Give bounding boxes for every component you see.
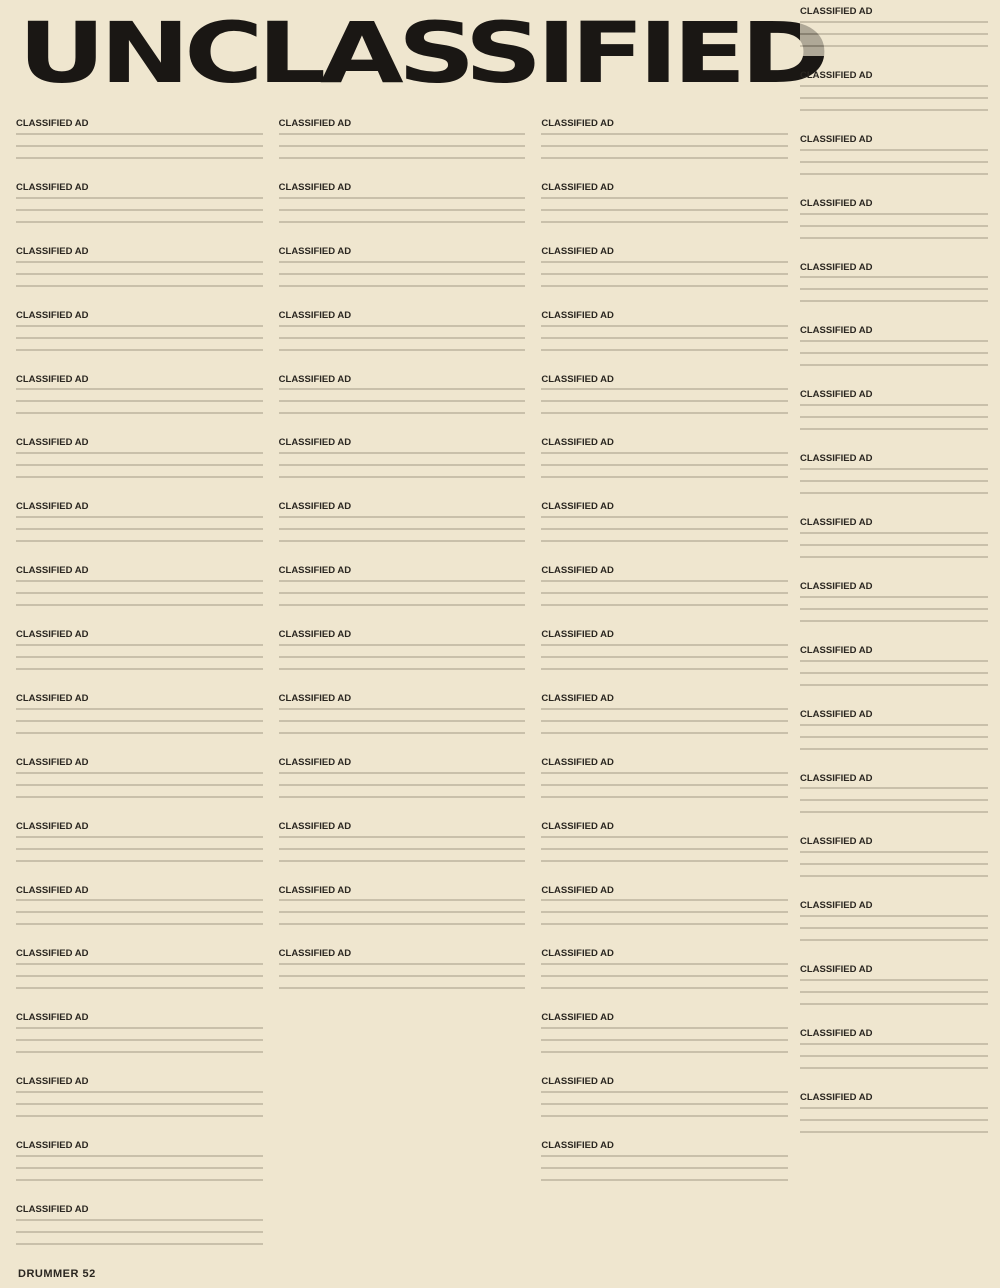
ad-body-placeholder <box>16 1088 263 1126</box>
ad-heading: Classified ad <box>800 964 872 975</box>
ad-body-placeholder <box>541 1024 788 1062</box>
ad-body-placeholder <box>541 833 788 871</box>
classified-ad: Classified ad <box>16 501 263 551</box>
ad-heading: Classified ad <box>279 821 351 832</box>
ad-body-placeholder <box>279 705 526 743</box>
ad-heading: Classified ad <box>800 773 872 784</box>
classified-ad: Classified ad <box>16 1076 263 1126</box>
ad-body-placeholder <box>16 896 263 934</box>
classified-ad: Classified ad <box>541 885 788 935</box>
ad-body-placeholder <box>800 1040 988 1078</box>
ad-body-placeholder <box>541 513 788 551</box>
classified-ad: Classified ad <box>16 821 263 871</box>
ad-heading: Classified ad <box>800 198 872 209</box>
classified-ad: Classified ad <box>800 6 988 56</box>
ad-body-placeholder <box>16 641 263 679</box>
ad-heading: Classified ad <box>800 389 872 400</box>
ad-heading: Classified ad <box>541 1076 613 1087</box>
ad-heading: Classified ad <box>800 262 872 273</box>
ad-heading: Classified ad <box>16 437 88 448</box>
ad-column-3: Classified adClassified adClassified adC… <box>541 118 788 1268</box>
classified-ad: Classified ad <box>16 310 263 360</box>
ad-body-placeholder <box>800 912 988 950</box>
classified-ad: Classified ad <box>279 118 526 168</box>
ad-body-placeholder <box>16 385 263 423</box>
ad-body-placeholder <box>279 769 526 807</box>
classified-ad: Classified ad <box>279 182 526 232</box>
page-footer: DRUMMER 52 <box>18 1268 96 1280</box>
ad-heading: Classified ad <box>279 310 351 321</box>
ad-body-placeholder <box>541 705 788 743</box>
ad-heading: Classified ad <box>279 182 351 193</box>
ad-heading: Classified ad <box>800 517 872 528</box>
classified-ad: Classified ad <box>800 453 988 503</box>
ad-body-placeholder <box>541 449 788 487</box>
classified-ad: Classified ad <box>16 948 263 998</box>
ad-body-placeholder <box>279 577 526 615</box>
ad-heading: Classified ad <box>800 1092 872 1103</box>
ad-body-placeholder <box>800 657 988 695</box>
ad-heading: Classified ad <box>800 709 872 720</box>
classified-ad: Classified ad <box>800 709 988 759</box>
classified-ad: Classified ad <box>16 1012 263 1062</box>
ad-body-placeholder <box>279 322 526 360</box>
classified-ad: Classified ad <box>541 1012 788 1062</box>
ad-body-placeholder <box>800 82 988 120</box>
ad-body-placeholder <box>541 577 788 615</box>
ad-column-4: Classified adClassified adClassified adC… <box>800 6 988 1268</box>
ad-heading: Classified ad <box>541 821 613 832</box>
ad-body-placeholder <box>800 18 988 56</box>
classified-ad: Classified ad <box>800 645 988 695</box>
ad-heading: Classified ad <box>279 118 351 129</box>
classified-ad: Classified ad <box>279 629 526 679</box>
ad-heading: Classified ad <box>16 821 88 832</box>
ad-body-placeholder <box>541 769 788 807</box>
ad-body-placeholder <box>800 593 988 631</box>
ad-heading: Classified ad <box>16 885 88 896</box>
classified-ad: Classified ad <box>800 262 988 312</box>
ad-body-placeholder <box>16 833 263 871</box>
ad-heading: Classified ad <box>279 565 351 576</box>
ad-heading: Classified ad <box>541 182 613 193</box>
ad-body-placeholder <box>541 1152 788 1190</box>
classified-ad: Classified ad <box>16 629 263 679</box>
ad-heading: Classified ad <box>541 246 613 257</box>
ad-body-placeholder <box>279 130 526 168</box>
ad-column-1: Classified adClassified adClassified adC… <box>16 118 263 1268</box>
ad-heading: Classified ad <box>541 310 613 321</box>
classified-ad: Classified ad <box>16 1204 263 1254</box>
ad-heading: Classified ad <box>16 1076 88 1087</box>
ad-body-placeholder <box>16 513 263 551</box>
page-number: 52 <box>83 1268 96 1280</box>
ad-body-placeholder <box>16 258 263 296</box>
ad-body-placeholder <box>279 960 526 998</box>
ad-body-placeholder <box>800 273 988 311</box>
ad-heading: Classified ad <box>800 836 872 847</box>
classified-ad: Classified ad <box>16 885 263 935</box>
ad-heading: Classified ad <box>800 645 872 656</box>
ad-body-placeholder <box>16 1216 263 1254</box>
classified-ad: Classified ad <box>541 310 788 360</box>
classified-ad: Classified ad <box>541 1076 788 1126</box>
ad-body-placeholder <box>800 465 988 503</box>
classified-ad: Classified ad <box>541 821 788 871</box>
classified-ad: Classified ad <box>541 693 788 743</box>
ad-heading: Classified ad <box>541 1140 613 1151</box>
ad-body-placeholder <box>279 513 526 551</box>
ad-body-placeholder <box>16 1152 263 1190</box>
ad-heading: Classified ad <box>541 437 613 448</box>
ad-heading: Classified ad <box>279 629 351 640</box>
ad-heading: Classified ad <box>800 134 872 145</box>
ad-heading: Classified ad <box>279 885 351 896</box>
page-title: UNCLASSIFIED <box>18 12 824 96</box>
classified-ad: Classified ad <box>800 836 988 886</box>
ad-body-placeholder <box>279 194 526 232</box>
ad-heading: Classified ad <box>16 757 88 768</box>
classified-ad: Classified ad <box>541 501 788 551</box>
ad-body-placeholder <box>541 322 788 360</box>
ad-body-placeholder <box>541 1088 788 1126</box>
classified-ad: Classified ad <box>16 182 263 232</box>
ad-body-placeholder <box>279 449 526 487</box>
classified-ad: Classified ad <box>800 517 988 567</box>
classified-ad: Classified ad <box>800 1028 988 1078</box>
ad-body-placeholder <box>800 529 988 567</box>
classified-ad: Classified ad <box>541 948 788 998</box>
ad-body-placeholder <box>279 258 526 296</box>
ad-heading: Classified ad <box>16 118 88 129</box>
classified-ad: Classified ad <box>800 900 988 950</box>
classified-ad: Classified ad <box>279 565 526 615</box>
ad-heading: Classified ad <box>279 246 351 257</box>
classified-ad: Classified ad <box>279 246 526 296</box>
classified-ad: Classified ad <box>16 693 263 743</box>
classified-ad: Classified ad <box>279 821 526 871</box>
classified-ad: Classified ad <box>800 70 988 120</box>
ad-heading: Classified ad <box>541 885 613 896</box>
classified-ad: Classified ad <box>541 246 788 296</box>
ad-body-placeholder <box>16 130 263 168</box>
ad-body-placeholder <box>800 784 988 822</box>
classified-ad: Classified ad <box>279 374 526 424</box>
ad-body-placeholder <box>800 210 988 248</box>
ad-heading: Classified ad <box>16 948 88 959</box>
classified-ad: Classified ad <box>279 310 526 360</box>
classified-ad: Classified ad <box>541 1140 788 1190</box>
classified-ad: Classified ad <box>16 246 263 296</box>
ad-body-placeholder <box>16 194 263 232</box>
classified-ad: Classified ad <box>16 757 263 807</box>
ad-heading: Classified ad <box>541 501 613 512</box>
ad-heading: Classified ad <box>279 693 351 704</box>
ad-heading: Classified ad <box>541 757 613 768</box>
classified-ad: Classified ad <box>800 325 988 375</box>
classified-ad: Classified ad <box>800 389 988 439</box>
classified-ad: Classified ad <box>541 629 788 679</box>
ad-body-placeholder <box>800 1104 988 1142</box>
ad-body-placeholder <box>800 337 988 375</box>
ad-heading: Classified ad <box>800 1028 872 1039</box>
classified-ad: Classified ad <box>541 182 788 232</box>
ad-body-placeholder <box>541 258 788 296</box>
classified-ad: Classified ad <box>800 773 988 823</box>
ad-body-placeholder <box>541 960 788 998</box>
ad-heading: Classified ad <box>800 581 872 592</box>
ad-heading: Classified ad <box>541 118 613 129</box>
ad-body-placeholder <box>800 146 988 184</box>
ad-body-placeholder <box>16 449 263 487</box>
ad-heading: Classified ad <box>16 374 88 385</box>
ad-heading: Classified ad <box>16 310 88 321</box>
ad-heading: Classified ad <box>16 1140 88 1151</box>
classified-ad: Classified ad <box>541 757 788 807</box>
ad-heading: Classified ad <box>541 374 613 385</box>
ad-heading: Classified ad <box>16 182 88 193</box>
ad-body-placeholder <box>800 401 988 439</box>
ad-heading: Classified ad <box>279 437 351 448</box>
ad-heading: Classified ad <box>541 565 613 576</box>
classified-ad: Classified ad <box>279 885 526 935</box>
ad-heading: Classified ad <box>16 1204 88 1215</box>
classified-ad: Classified ad <box>800 581 988 631</box>
classified-ad: Classified ad <box>279 948 526 998</box>
classified-ad: Classified ad <box>541 118 788 168</box>
ad-body-placeholder <box>541 130 788 168</box>
classified-ad: Classified ad <box>541 565 788 615</box>
classified-ad: Classified ad <box>800 1092 988 1142</box>
ad-heading: Classified ad <box>16 1012 88 1023</box>
publication-name: DRUMMER <box>18 1268 79 1280</box>
ad-body-placeholder <box>16 769 263 807</box>
classified-ad: Classified ad <box>800 964 988 1014</box>
ad-heading: Classified ad <box>800 70 872 81</box>
ad-body-placeholder <box>16 322 263 360</box>
classified-ad: Classified ad <box>16 374 263 424</box>
classified-ad: Classified ad <box>541 374 788 424</box>
classified-ad: Classified ad <box>279 437 526 487</box>
classified-ad: Classified ad <box>800 134 988 184</box>
ad-heading: Classified ad <box>16 501 88 512</box>
ad-body-placeholder <box>541 194 788 232</box>
classified-ad: Classified ad <box>16 565 263 615</box>
ad-body-placeholder <box>16 1024 263 1062</box>
ad-body-placeholder <box>541 641 788 679</box>
ad-heading: Classified ad <box>800 6 872 17</box>
ad-body-placeholder <box>800 721 988 759</box>
ad-heading: Classified ad <box>541 629 613 640</box>
classified-ad: Classified ad <box>16 1140 263 1190</box>
ad-body-placeholder <box>541 385 788 423</box>
ad-heading: Classified ad <box>800 900 872 911</box>
ad-body-placeholder <box>279 896 526 934</box>
ad-column-2: Classified adClassified adClassified adC… <box>279 118 526 1268</box>
classified-ad: Classified ad <box>16 437 263 487</box>
ad-heading: Classified ad <box>16 629 88 640</box>
classified-ad: Classified ad <box>800 198 988 248</box>
classified-ad: Classified ad <box>541 437 788 487</box>
ad-heading: Classified ad <box>541 1012 613 1023</box>
ad-columns: Classified adClassified adClassified adC… <box>16 118 788 1268</box>
ad-body-placeholder <box>279 833 526 871</box>
ad-body-placeholder <box>16 960 263 998</box>
ad-heading: Classified ad <box>279 374 351 385</box>
ad-heading: Classified ad <box>279 948 351 959</box>
ad-heading: Classified ad <box>279 757 351 768</box>
ad-body-placeholder <box>800 976 988 1014</box>
classified-ad: Classified ad <box>279 757 526 807</box>
ad-heading: Classified ad <box>279 501 351 512</box>
classified-ad: Classified ad <box>16 118 263 168</box>
ad-body-placeholder <box>16 577 263 615</box>
classified-ad: Classified ad <box>279 693 526 743</box>
classified-ad: Classified ad <box>279 501 526 551</box>
ad-heading: Classified ad <box>16 693 88 704</box>
ad-heading: Classified ad <box>541 693 613 704</box>
ad-body-placeholder <box>279 641 526 679</box>
ad-heading: Classified ad <box>800 325 872 336</box>
ad-body-placeholder <box>279 385 526 423</box>
ad-heading: Classified ad <box>541 948 613 959</box>
ad-heading: Classified ad <box>16 565 88 576</box>
ad-body-placeholder <box>541 896 788 934</box>
ad-body-placeholder <box>800 848 988 886</box>
ad-body-placeholder <box>16 705 263 743</box>
ad-heading: Classified ad <box>16 246 88 257</box>
ad-heading: Classified ad <box>800 453 872 464</box>
masthead: UNCLASSIFIED <box>18 8 778 100</box>
